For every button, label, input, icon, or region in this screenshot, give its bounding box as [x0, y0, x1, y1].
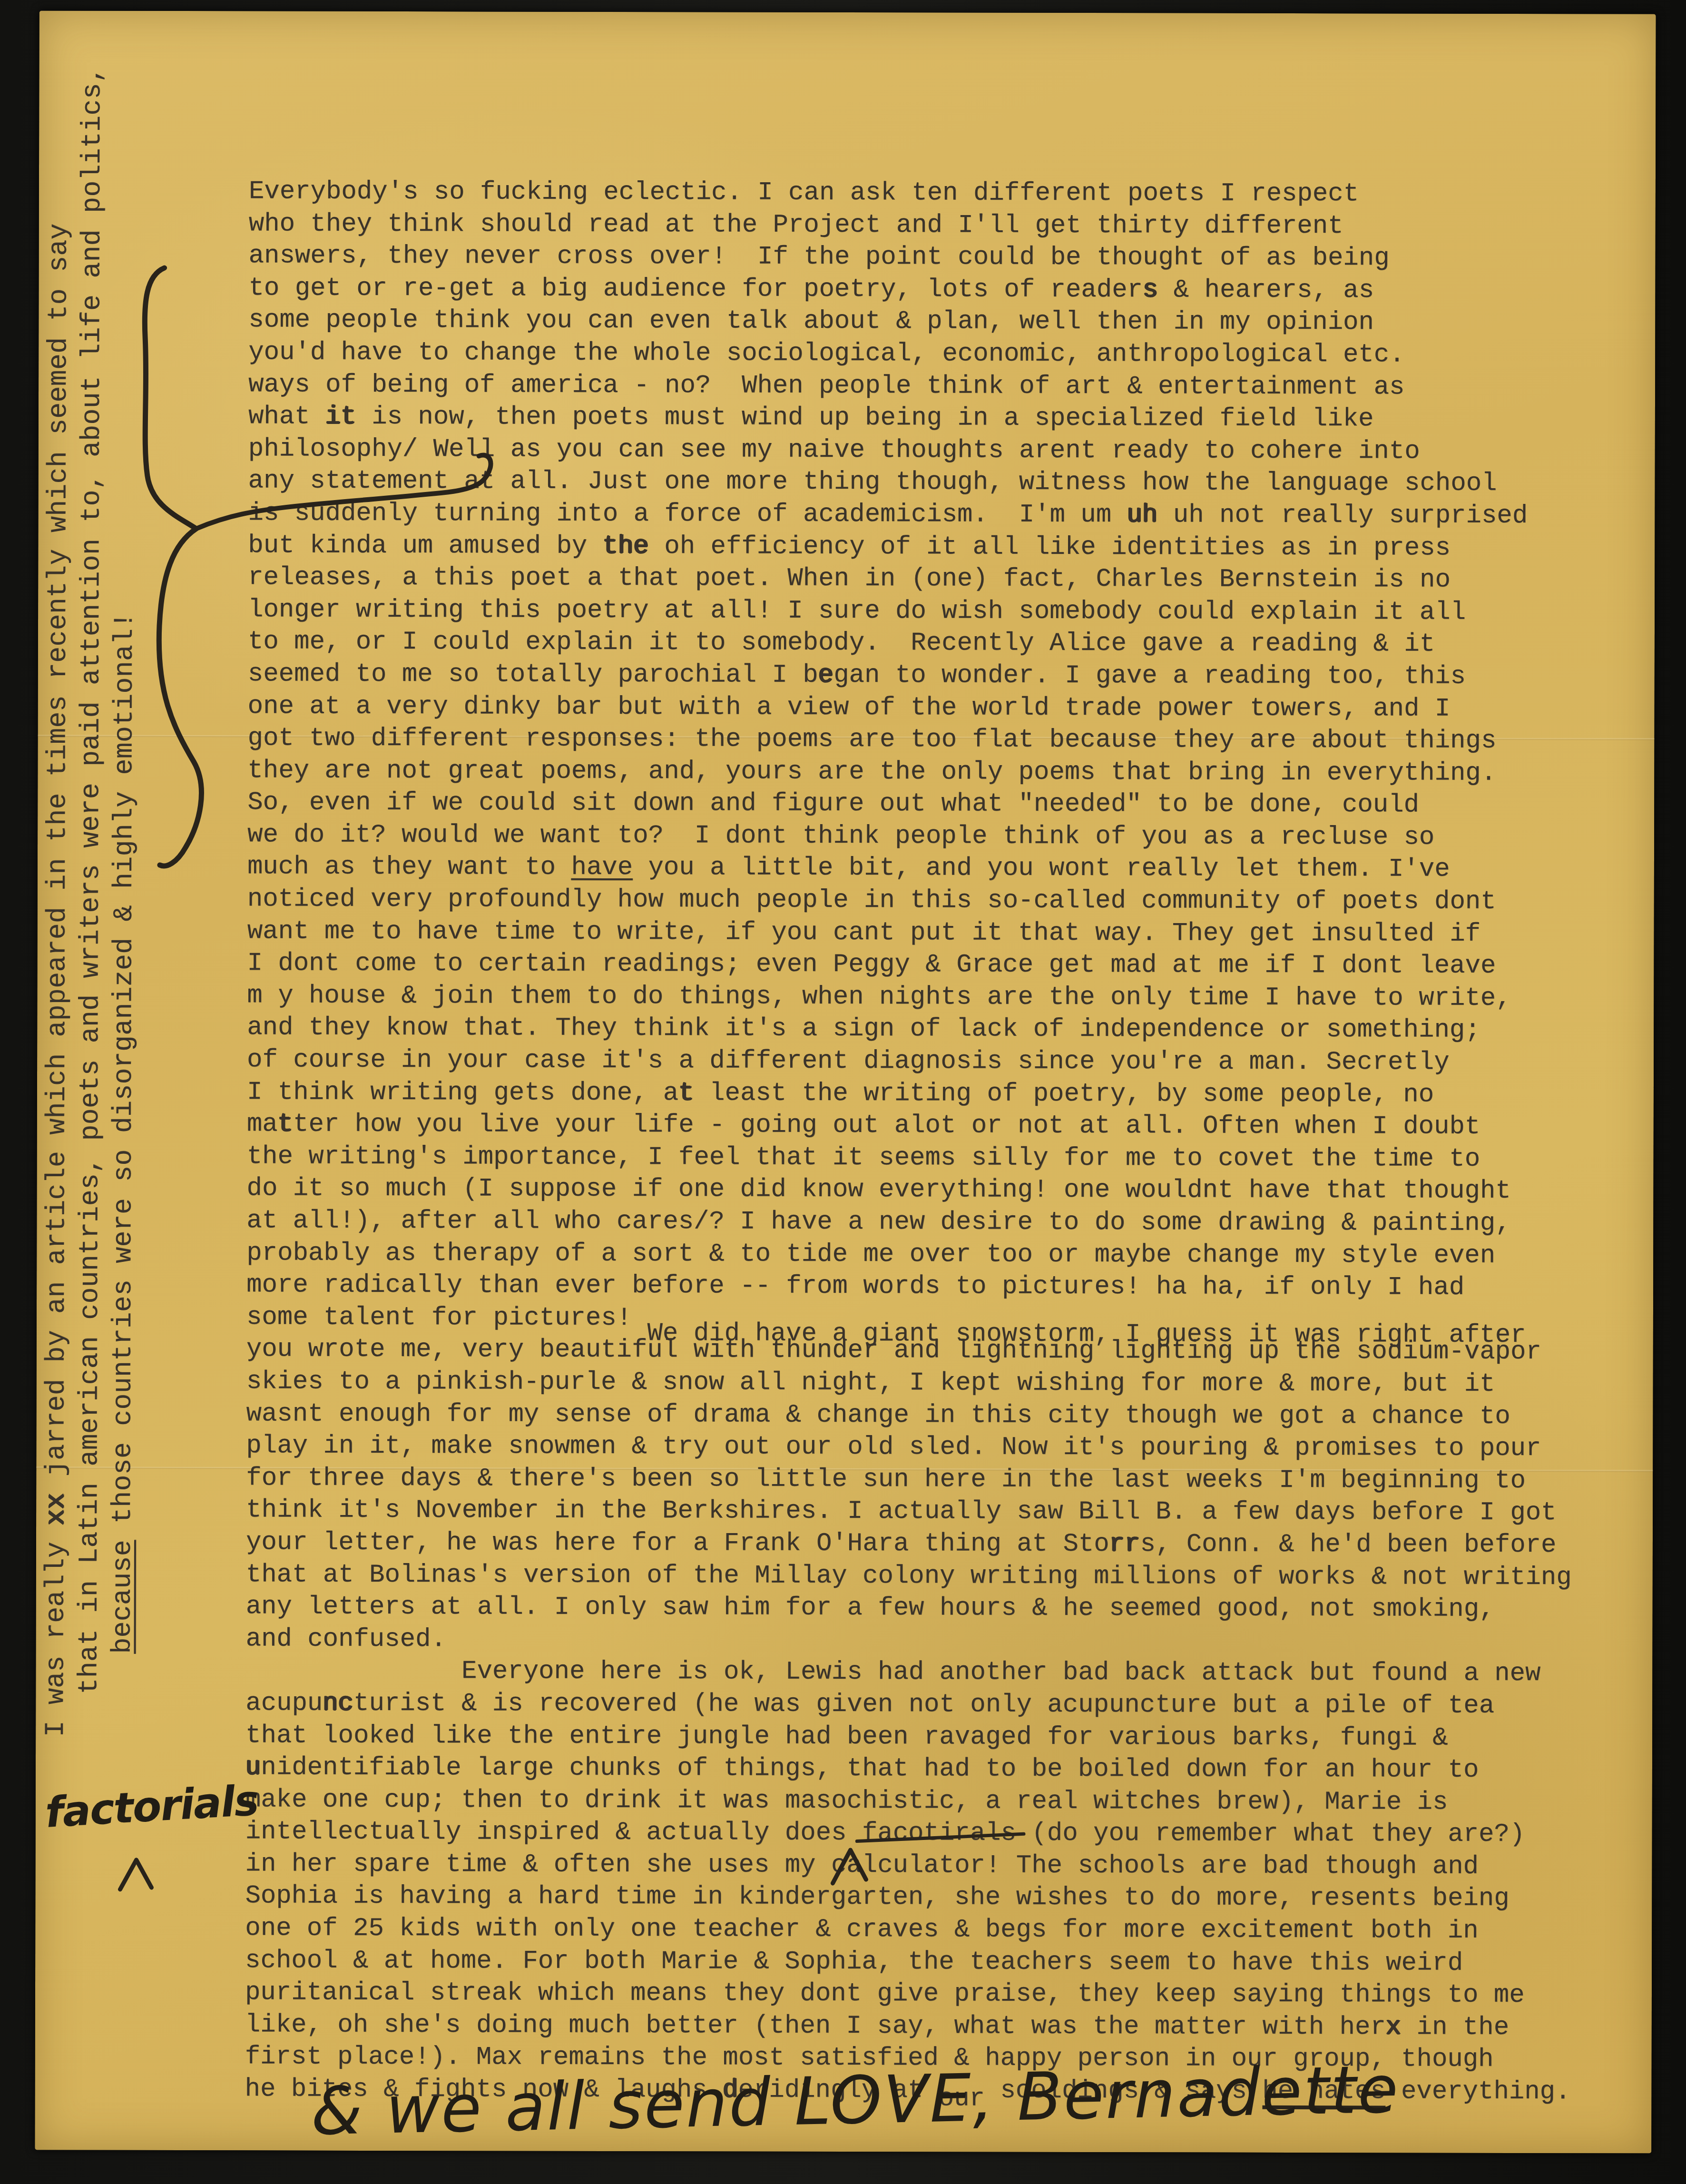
typed-line: philosophy/ Well as you can see my naive…: [248, 433, 1574, 468]
typed-line: acupuncturist & is recovered (he was giv…: [245, 1687, 1571, 1722]
typed-line: at all!), after all who cares/? I have a…: [246, 1205, 1572, 1240]
typed-line: longer writing this poetry at all! I sur…: [248, 594, 1574, 629]
typed-line: they are not great poems, and, yours are…: [247, 755, 1573, 789]
letter-paper: Everybody's so fucking eclectic. I can a…: [35, 10, 1656, 2153]
typed-line: play in it, make snowmen & try out our o…: [246, 1430, 1572, 1465]
margin-note: I was really xx jarred by an article whi…: [39, 108, 163, 1756]
typed-line: to get or re-get a big audience for poet…: [248, 272, 1574, 307]
typed-line: some talent for pictures! We did have a …: [246, 1301, 1572, 1336]
typed-line: make one cup; then to drink it was masoc…: [245, 1784, 1571, 1819]
typed-line: school & at home. For both Marie & Sophi…: [245, 1945, 1571, 1979]
typed-line: ways of being of america - no? When peop…: [248, 369, 1574, 403]
margin-typed-line: I was really xx jarred by an article whi…: [39, 108, 76, 1756]
typed-line: to me, or I could explain it to somebody…: [248, 626, 1574, 661]
typed-line: some people think you can even talk abou…: [248, 305, 1574, 339]
typed-line: but kinda um amused by the oh efficiency…: [248, 530, 1574, 564]
typed-line: in her spare time & often she uses my ca…: [245, 1848, 1571, 1883]
handwritten-factorials-note: factorials: [44, 1776, 259, 1837]
typed-line: that at Bolinas's version of the Millay …: [246, 1559, 1572, 1594]
typed-line: I think writing gets done, at least the …: [247, 1076, 1573, 1111]
scan-background: Everybody's so fucking eclectic. I can a…: [0, 0, 1686, 2184]
typed-line: want me to have time to write, if you ca…: [247, 915, 1573, 950]
margin-caret: [120, 1860, 151, 1889]
typed-line: skies to a pinkish-purle & snow all nigh…: [246, 1366, 1572, 1400]
typed-line: who they think should read at the Projec…: [249, 208, 1575, 243]
typed-line: probably as therapy of a sort & to tide …: [246, 1237, 1572, 1272]
typed-line: Sophia is having a hard time in kinderga…: [245, 1880, 1571, 1915]
typed-line: more radically than ever before -- from …: [246, 1269, 1572, 1304]
margin-typed-line: that in Latin american countries, poets …: [73, 108, 109, 1756]
typed-line: So, even if we could sit down and figure…: [247, 787, 1573, 822]
typed-line: think it's November in the Berkshires. I…: [246, 1495, 1572, 1529]
typed-line: m y house & join them to do things, when…: [247, 980, 1573, 1014]
margin-note-text: I was really xx jarred by an article whi…: [39, 108, 163, 1756]
typed-line: the writing's importance, I feel that it…: [247, 1141, 1573, 1175]
typed-line: what it is now, then poets must wind up …: [248, 401, 1574, 436]
typed-line: for three days & there's been so little …: [246, 1462, 1572, 1497]
typed-line: answers, they never cross over! If the p…: [249, 240, 1575, 275]
typed-line: Everyone here is ok, Lewis had another b…: [245, 1655, 1571, 1690]
typed-line: matter how you live your life - going ou…: [247, 1109, 1573, 1143]
typed-line: is suddenly turning into a force of acad…: [248, 497, 1574, 532]
typed-line: of course in your case it's a different …: [247, 1044, 1573, 1079]
typed-line: wasnt enough for my sense of drama & cha…: [246, 1398, 1572, 1433]
typed-line: seemed to me so totally parochial I bega…: [248, 658, 1574, 693]
typed-line: puritanical streak which means they dont…: [245, 1977, 1571, 2012]
typed-line: one of 25 kids with only one teacher & c…: [245, 1912, 1571, 1947]
typed-line: do it so much (I suppose if one did know…: [246, 1173, 1572, 1208]
letter-body: Everybody's so fucking eclectic. I can a…: [245, 176, 1574, 2108]
typed-line: and they know that. They think it's a si…: [247, 1012, 1573, 1047]
typed-line: we do it? would we want to? I dont think…: [247, 819, 1573, 854]
typed-line: much as they want to have you a little b…: [247, 851, 1573, 886]
typed-line: I dont come to certain readings; even Pe…: [247, 948, 1573, 983]
margin-typed-line: because those countries were so disorgan…: [106, 108, 143, 1756]
typed-line: intellectually inspired & actually does …: [245, 1816, 1571, 1851]
typed-line: any statement at all. Just one more thin…: [248, 465, 1574, 500]
typed-line: got two different responses: the poems a…: [247, 722, 1573, 757]
typed-line: like, oh she's doing much better (then I…: [245, 2009, 1571, 2044]
typed-line: one at a very dinky bar but with a view …: [248, 690, 1574, 725]
typed-line: your letter, he was here for a Frank O'H…: [246, 1526, 1572, 1561]
typed-line: releases, a this poet a that poet. When …: [248, 561, 1574, 596]
typed-line: Everybody's so fucking eclectic. I can a…: [249, 176, 1575, 210]
typed-line: you'd have to change the whole sociologi…: [248, 336, 1574, 371]
typed-line: unidentifiable large chunks of things, t…: [245, 1751, 1571, 1786]
typed-line: any letters at all. I only saw him for a…: [246, 1591, 1572, 1625]
typed-line: and confused.: [245, 1623, 1571, 1658]
typed-line: noticed very profoundly how much people …: [247, 883, 1573, 918]
typed-line: that looked like the entire jungle had b…: [245, 1720, 1571, 1754]
